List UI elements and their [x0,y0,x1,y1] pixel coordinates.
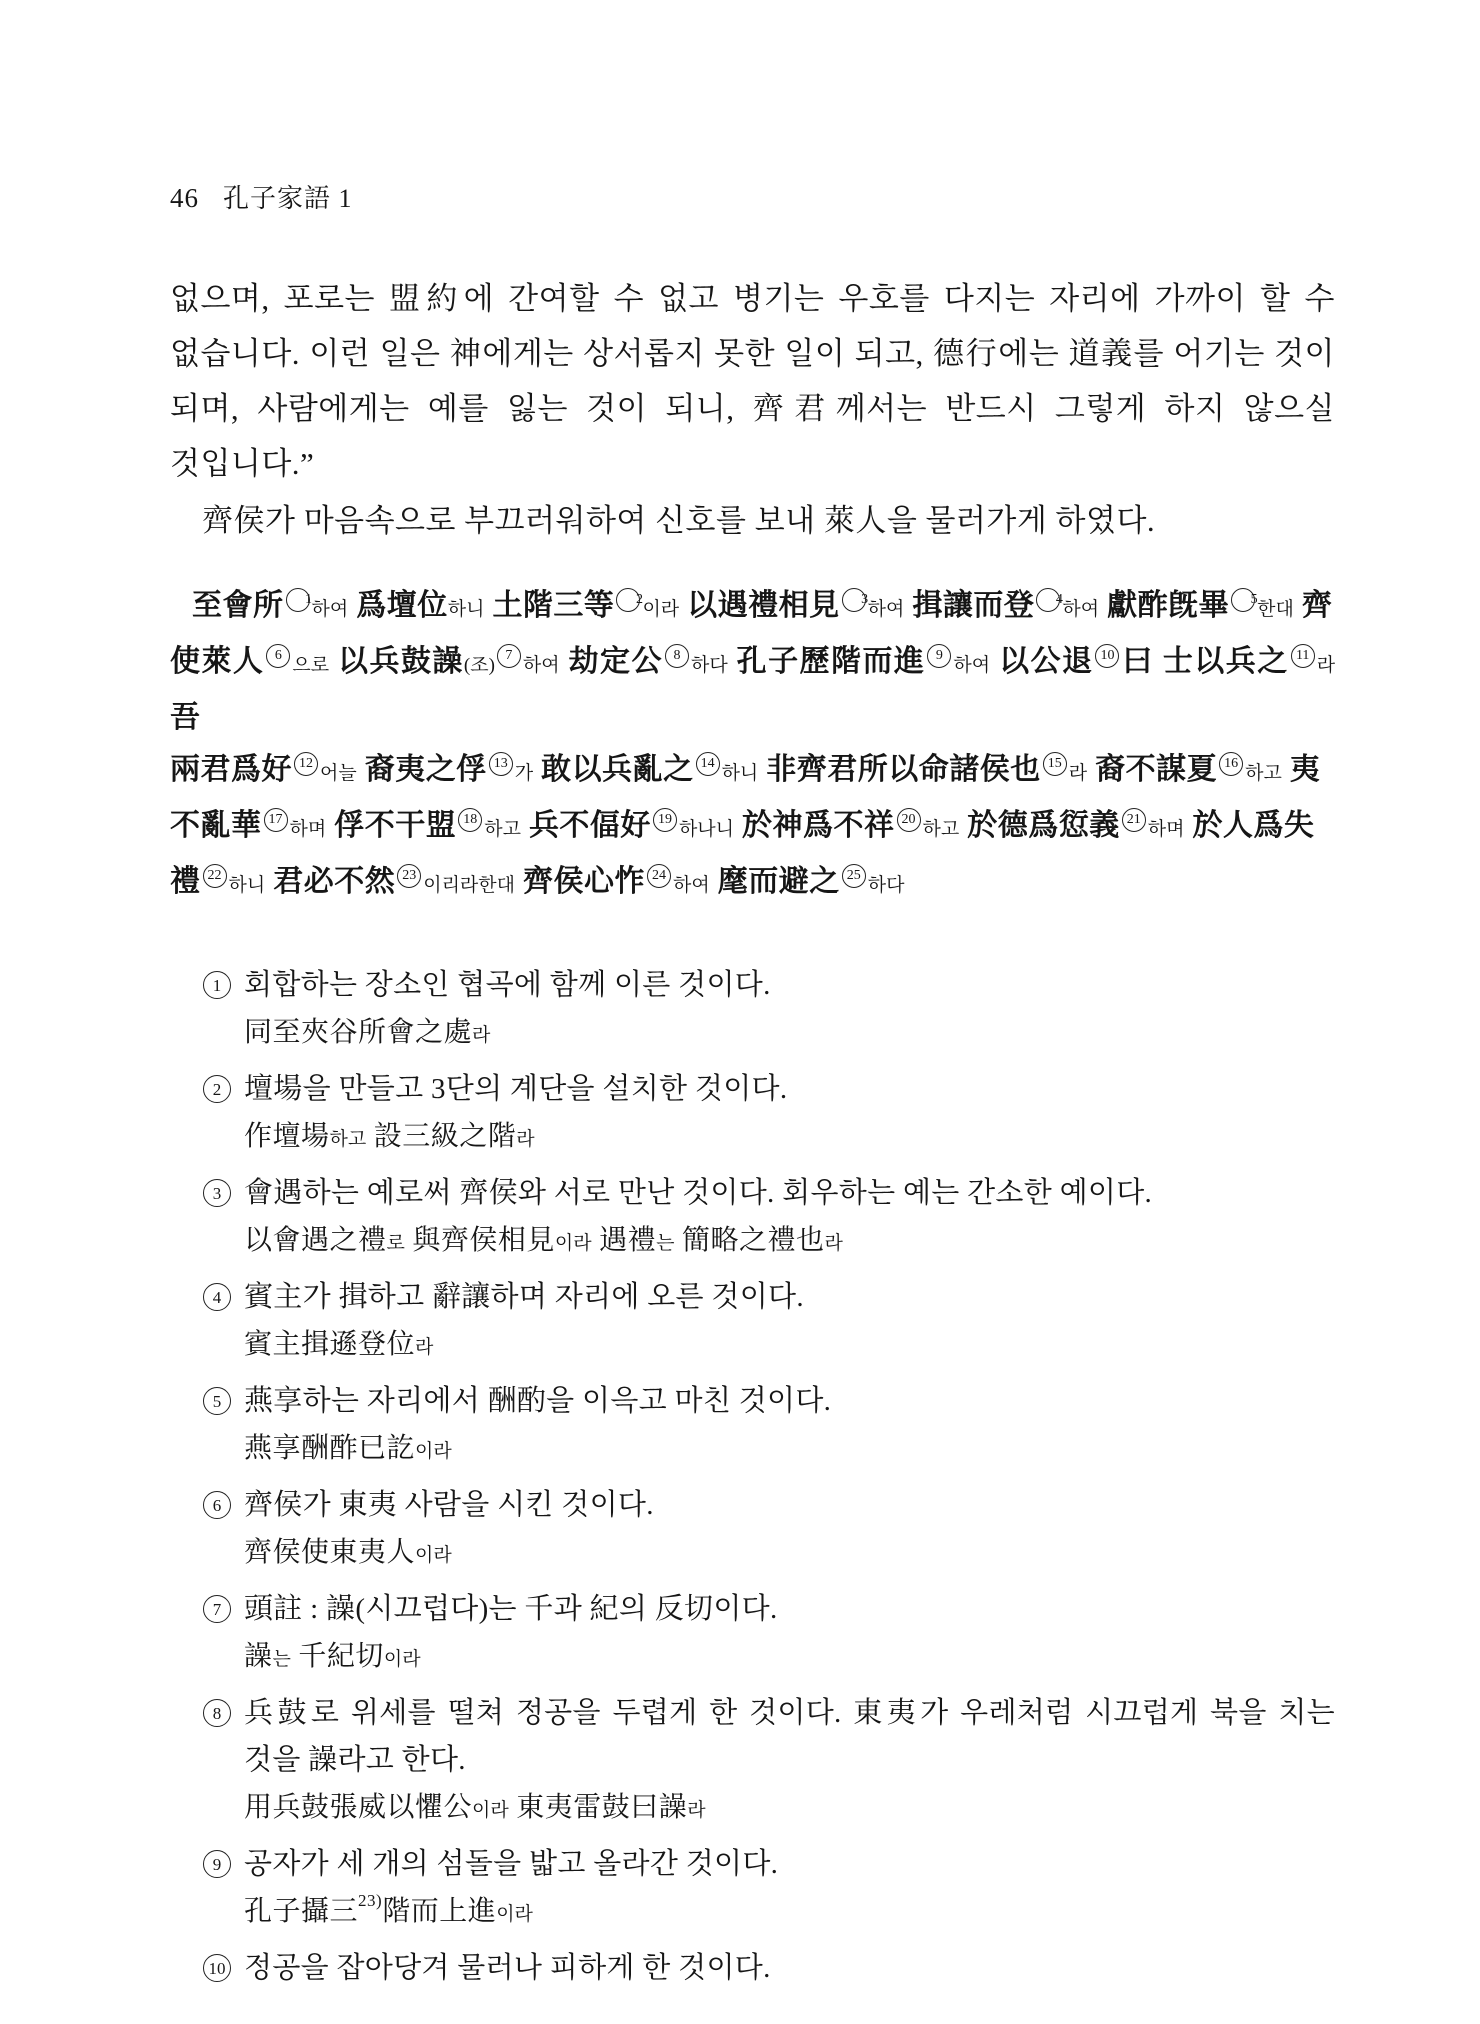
passage-line: 不亂華17하며 俘不干盟18하고 兵不偪好19하나니 於神爲不祥20하고 於德爲… [170,800,1335,856]
korean-particle: 하니 [229,875,266,896]
circled-note-number: 1 [286,588,310,612]
annotation-chinese-text: 孔子攝三23)階而上進이라 [203,1888,1335,1938]
han-text: 兵不偪好 [521,809,651,842]
annotation-korean-row: 9공자가 세 개의 섬돌을 밟고 올라간 것이다. [203,1841,1335,1888]
korean-particle: 하다 [868,875,905,896]
running-header: 46 孔子家語 1 [170,178,1335,215]
han-text: 用兵鼓張威以懼公 [244,1792,472,1823]
han-text: 設三級之階 [366,1121,516,1152]
circled-note-number: 25 [842,864,866,888]
korean-particle: 하고 [923,819,960,840]
circled-note-number: 14 [696,752,720,776]
annotation-circled-number: 2 [203,1075,231,1103]
han-text: 敢以兵亂之 [533,753,694,786]
korean-particle: 하여 [953,655,990,676]
annotation-korean-row: 2壇場을 만들고 3단의 계단을 설치한 것이다. [203,1066,1335,1113]
korean-particle: 이라 [384,1649,421,1670]
annotation-korean-text: 燕享하는 자리에서 酬酌을 이윽고 마친 것이다. [244,1378,831,1425]
annotation-item: 3會遇하는 예로써 齊侯와 서로 만난 것이다. 회우하는 예는 간소한 예이다… [170,1170,1335,1267]
han-text: 於人爲失 [1184,809,1314,842]
reading-gloss: (조) [464,655,495,676]
annotation-korean-row: 7頭註 : 譟(시끄럽다)는 千과 紀의 反切이다. [203,1586,1335,1633]
annotation-circled-number: 6 [203,1491,231,1519]
han-text: 與齊侯相見 [405,1225,555,1256]
classical-passage: 至會所1하여 爲壇位하니 土階三等2이라 以遇禮相見3하여 揖讓而登4하여 獻酢… [170,580,1335,912]
korean-particle: 하고 [330,1129,367,1150]
han-text: 夷 [1282,753,1321,786]
annotation-chinese-text: 作壇場하고 設三級之階라 [203,1113,1335,1163]
korean-particle: 하나니 [679,819,734,840]
circled-note-number: 5 [1231,588,1255,612]
annotation-korean-row: 5燕享하는 자리에서 酬酌을 이윽고 마친 것이다. [203,1378,1335,1425]
korean-particle: 가 [515,763,533,784]
circled-note-number: 6 [266,644,290,668]
korean-particle: 이라 [555,1233,592,1254]
korean-particle: 라 [687,1800,705,1821]
han-text: 同至夾谷所會之處 [244,1017,472,1048]
annotation-korean-row: 8兵鼓로 위세를 떨쳐 정공을 두렵게 한 것이다. 東夷가 우레처럼 시끄럽게… [203,1690,1335,1784]
circled-note-number: 9 [927,644,951,668]
korean-particle: 으로 [292,655,329,676]
annotation-list: 1회합하는 장소인 협곡에 함께 이른 것이다.同至夾谷所會之處라2壇場을 만들… [170,962,1335,1992]
korean-particle: 하여 [673,875,710,896]
annotation-korean-text: 壇場을 만들고 3단의 계단을 설치한 것이다. [244,1066,787,1113]
han-text: 東夷雷鼓曰譟 [509,1792,688,1823]
annotation-circled-number: 5 [203,1387,231,1415]
korean-particle: 라 [415,1337,433,1358]
annotation-item: 10정공을 잡아당겨 물러나 피하게 한 것이다. [170,1945,1335,1992]
han-text: 作壇場 [244,1121,330,1152]
annotation-item: 8兵鼓로 위세를 떨쳐 정공을 두렵게 한 것이다. 東夷가 우레처럼 시끄럽게… [170,1690,1335,1834]
han-text: 以兵鼓譟 [329,645,464,678]
korean-particle: 하여 [312,599,349,620]
han-text: 遇禮 [592,1225,657,1256]
page-number: 46 [170,183,199,214]
korean-particle: 이라 [642,599,679,620]
circled-note-number: 3 [842,588,866,612]
han-text: 揖讓而登 [904,589,1034,622]
han-text: 爲壇位 [348,589,448,622]
passage-line: 使萊人6으로 以兵鼓譟(조)7하여 劫定公8하다 孔子歷階而進9하여 以公退10… [170,636,1335,744]
korean-particle: 한대 [1257,599,1294,620]
translation-paragraph-2: 齊侯가 마음속으로 부끄러워하여 신호를 보내 萊人을 물러가게 하였다. [170,493,1335,548]
korean-particle: 하여 [523,655,560,676]
korean-particle: 하다 [691,655,728,676]
han-text: 裔夷之俘 [357,753,487,786]
han-text: 譟 [244,1641,273,1672]
annotation-korean-text: 兵鼓로 위세를 떨쳐 정공을 두렵게 한 것이다. 東夷가 우레처럼 시끄럽게 … [244,1690,1335,1784]
han-text: 麾而避之 [710,865,840,898]
annotation-korean-row: 4賓主가 揖하고 辭讓하며 자리에 오른 것이다. [203,1274,1335,1321]
annotation-korean-text: 공자가 세 개의 섬돌을 밟고 올라간 것이다. [244,1841,778,1888]
annotation-circled-number: 1 [203,971,231,999]
han-text: 非齊君所以命諸侯也 [758,753,1041,786]
han-text: 孔子攝三 [244,1896,358,1927]
korean-particle: 하며 [1148,819,1185,840]
han-text: 齊侯使東夷人 [244,1537,415,1568]
han-text: 於神爲不祥 [734,809,895,842]
korean-particle: 라 [825,1233,843,1254]
annotation-korean-text: 會遇하는 예로써 齊侯와 서로 만난 것이다. 회우하는 예는 간소한 예이다. [244,1170,1152,1217]
annotation-item: 7頭註 : 譟(시끄럽다)는 千과 紀의 反切이다.譟는 千紀切이라 [170,1586,1335,1683]
annotation-chinese-text: 譟는 千紀切이라 [203,1633,1335,1683]
korean-particle: 라 [1069,763,1087,784]
han-text: 燕享酬酢已訖 [244,1433,415,1464]
han-text: 俘不干盟 [326,809,456,842]
han-text: 以遇禮相見 [679,589,840,622]
annotation-circled-number: 8 [203,1699,231,1727]
circled-note-number: 23 [397,864,421,888]
annotation-chinese-text: 齊侯使東夷人이라 [203,1529,1335,1579]
han-text: 曰 士以兵之 [1121,645,1288,678]
korean-particle: 이라 [415,1545,452,1566]
han-text: 裔不謀夏 [1087,753,1217,786]
han-text: 於德爲愆義 [959,809,1120,842]
circled-note-number: 8 [665,644,689,668]
annotation-korean-text: 정공을 잡아당겨 물러나 피하게 한 것이다. [244,1945,771,1992]
annotation-circled-number: 10 [203,1954,231,1982]
korean-particle: 이라 [472,1800,509,1821]
korean-particle: 이라 [496,1904,533,1925]
passage-line: 至會所1하여 爲壇位하니 土階三等2이라 以遇禮相見3하여 揖讓而登4하여 獻酢… [170,580,1335,636]
circled-note-number: 15 [1043,752,1067,776]
korean-particle: 하며 [290,819,327,840]
korean-particle: 하니 [722,763,759,784]
annotation-chinese-text: 用兵鼓張威以懼公이라 東夷雷鼓曰譟라 [203,1784,1335,1834]
han-text: 以會遇之禮 [244,1225,387,1256]
annotation-chinese-text: 以會遇之禮로 與齊侯相見이라 遇禮는 簡略之禮也라 [203,1217,1335,1267]
korean-particle: 하여 [868,599,905,620]
korean-particle: 이리라한대 [423,875,515,896]
annotation-circled-number: 3 [203,1179,231,1207]
korean-particle: 로 [387,1233,405,1254]
annotation-item: 9공자가 세 개의 섬돌을 밟고 올라간 것이다.孔子攝三23)階而上進이라 [170,1841,1335,1938]
han-text: 使萊人 [170,645,264,678]
annotation-chinese-text: 賓主揖遜登位라 [203,1321,1335,1371]
korean-particle: 하니 [448,599,485,620]
passage-line: 禮22하니 君必不然23이리라한대 齊侯心怍24하여 麾而避之25하다 [170,856,1335,912]
annotation-circled-number: 7 [203,1595,231,1623]
korean-particle: 하고 [484,819,521,840]
annotation-korean-text: 齊侯가 東夷 사람을 시킨 것이다. [244,1482,654,1529]
footnote-ref: 23) [358,1891,382,1910]
han-text: 劫定公 [560,645,663,678]
korean-particle: 는 [656,1233,674,1254]
han-text: 賓主揖遜登位 [244,1329,415,1360]
han-text: 不亂華 [170,809,262,842]
circled-note-number: 4 [1036,588,1060,612]
han-text: 齊 [1294,589,1333,622]
circled-note-number: 13 [489,752,513,776]
annotation-item: 6齊侯가 東夷 사람을 시킨 것이다.齊侯使東夷人이라 [170,1482,1335,1579]
circled-note-number: 16 [1219,752,1243,776]
annotation-circled-number: 4 [203,1283,231,1311]
han-text: 以公退 [990,645,1093,678]
annotation-korean-row: 1회합하는 장소인 협곡에 함께 이른 것이다. [203,962,1335,1009]
circled-note-number: 2 [616,588,640,612]
annotation-circled-number: 9 [203,1850,231,1878]
passage-line: 兩君爲好12어늘 裔夷之俘13가 敢以兵亂之14하니 非齊君所以命諸侯也15라 … [170,744,1335,800]
han-text: 簡略之禮也 [674,1225,824,1256]
annotation-korean-text: 賓主가 揖하고 辭讓하며 자리에 오른 것이다. [244,1274,804,1321]
han-text: 君必不然 [265,865,395,898]
han-text: 齊侯心怍 [515,865,645,898]
circled-note-number: 18 [458,808,482,832]
book-page: 46 孔子家語 1 없으며, 포로는 盟約에 간여할 수 없고 병기는 우호를 … [0,0,1480,1992]
circled-note-number: 11 [1291,644,1315,668]
circled-note-number: 7 [497,644,521,668]
annotation-item: 1회합하는 장소인 협곡에 함께 이른 것이다.同至夾谷所會之處라 [170,962,1335,1059]
korean-particle: 하여 [1062,599,1099,620]
korean-particle: 이라 [415,1441,452,1462]
korean-particle: 하고 [1245,763,1282,784]
korean-particle: 라 [516,1129,534,1150]
circled-note-number: 21 [1122,808,1146,832]
circled-note-number: 17 [264,808,288,832]
circled-note-number: 10 [1095,644,1119,668]
annotation-korean-row: 10정공을 잡아당겨 물러나 피하게 한 것이다. [203,1945,1335,1992]
han-text: 千紀切 [291,1641,384,1672]
annotation-korean-row: 3會遇하는 예로써 齊侯와 서로 만난 것이다. 회우하는 예는 간소한 예이다… [203,1170,1335,1217]
annotation-korean-text: 회합하는 장소인 협곡에 함께 이른 것이다. [244,962,771,1009]
han-text: 吾 [170,701,201,734]
annotation-item: 2壇場을 만들고 3단의 계단을 설치한 것이다.作壇場하고 設三級之階라 [170,1066,1335,1163]
han-text: 至會所 [192,589,284,622]
circled-note-number: 24 [647,864,671,888]
annotation-korean-row: 6齊侯가 東夷 사람을 시킨 것이다. [203,1482,1335,1529]
annotation-chinese-text: 燕享酬酢已訖이라 [203,1425,1335,1475]
han-text: 兩君爲好 [170,753,292,786]
annotation-item: 5燕享하는 자리에서 酬酌을 이윽고 마친 것이다.燕享酬酢已訖이라 [170,1378,1335,1475]
han-text: 獻酢旣畢 [1099,589,1229,622]
korean-particle: 어늘 [320,763,357,784]
annotation-chinese-text: 同至夾谷所會之處라 [203,1009,1335,1059]
circled-note-number: 20 [897,808,921,832]
korean-particle: 라 [472,1025,490,1046]
han-text: 孔子歷階而進 [728,645,926,678]
korean-particle: 는 [273,1649,291,1670]
annotation-item: 4賓主가 揖하고 辭讓하며 자리에 오른 것이다.賓主揖遜登位라 [170,1274,1335,1371]
circled-note-number: 22 [203,864,227,888]
han-text: 階而上進 [382,1896,496,1927]
korean-particle: 라 [1317,655,1335,676]
han-text: 土階三等 [484,589,614,622]
circled-note-number: 12 [294,752,318,776]
han-text: 禮 [170,865,201,898]
book-title: 孔子家語 1 [223,178,353,215]
translation-paragraph: 없으며, 포로는 盟約에 간여할 수 없고 병기는 우호를 다지는 자리에 가까… [170,271,1335,491]
annotation-korean-text: 頭註 : 譟(시끄럽다)는 千과 紀의 反切이다. [244,1586,778,1633]
circled-note-number: 19 [653,808,677,832]
